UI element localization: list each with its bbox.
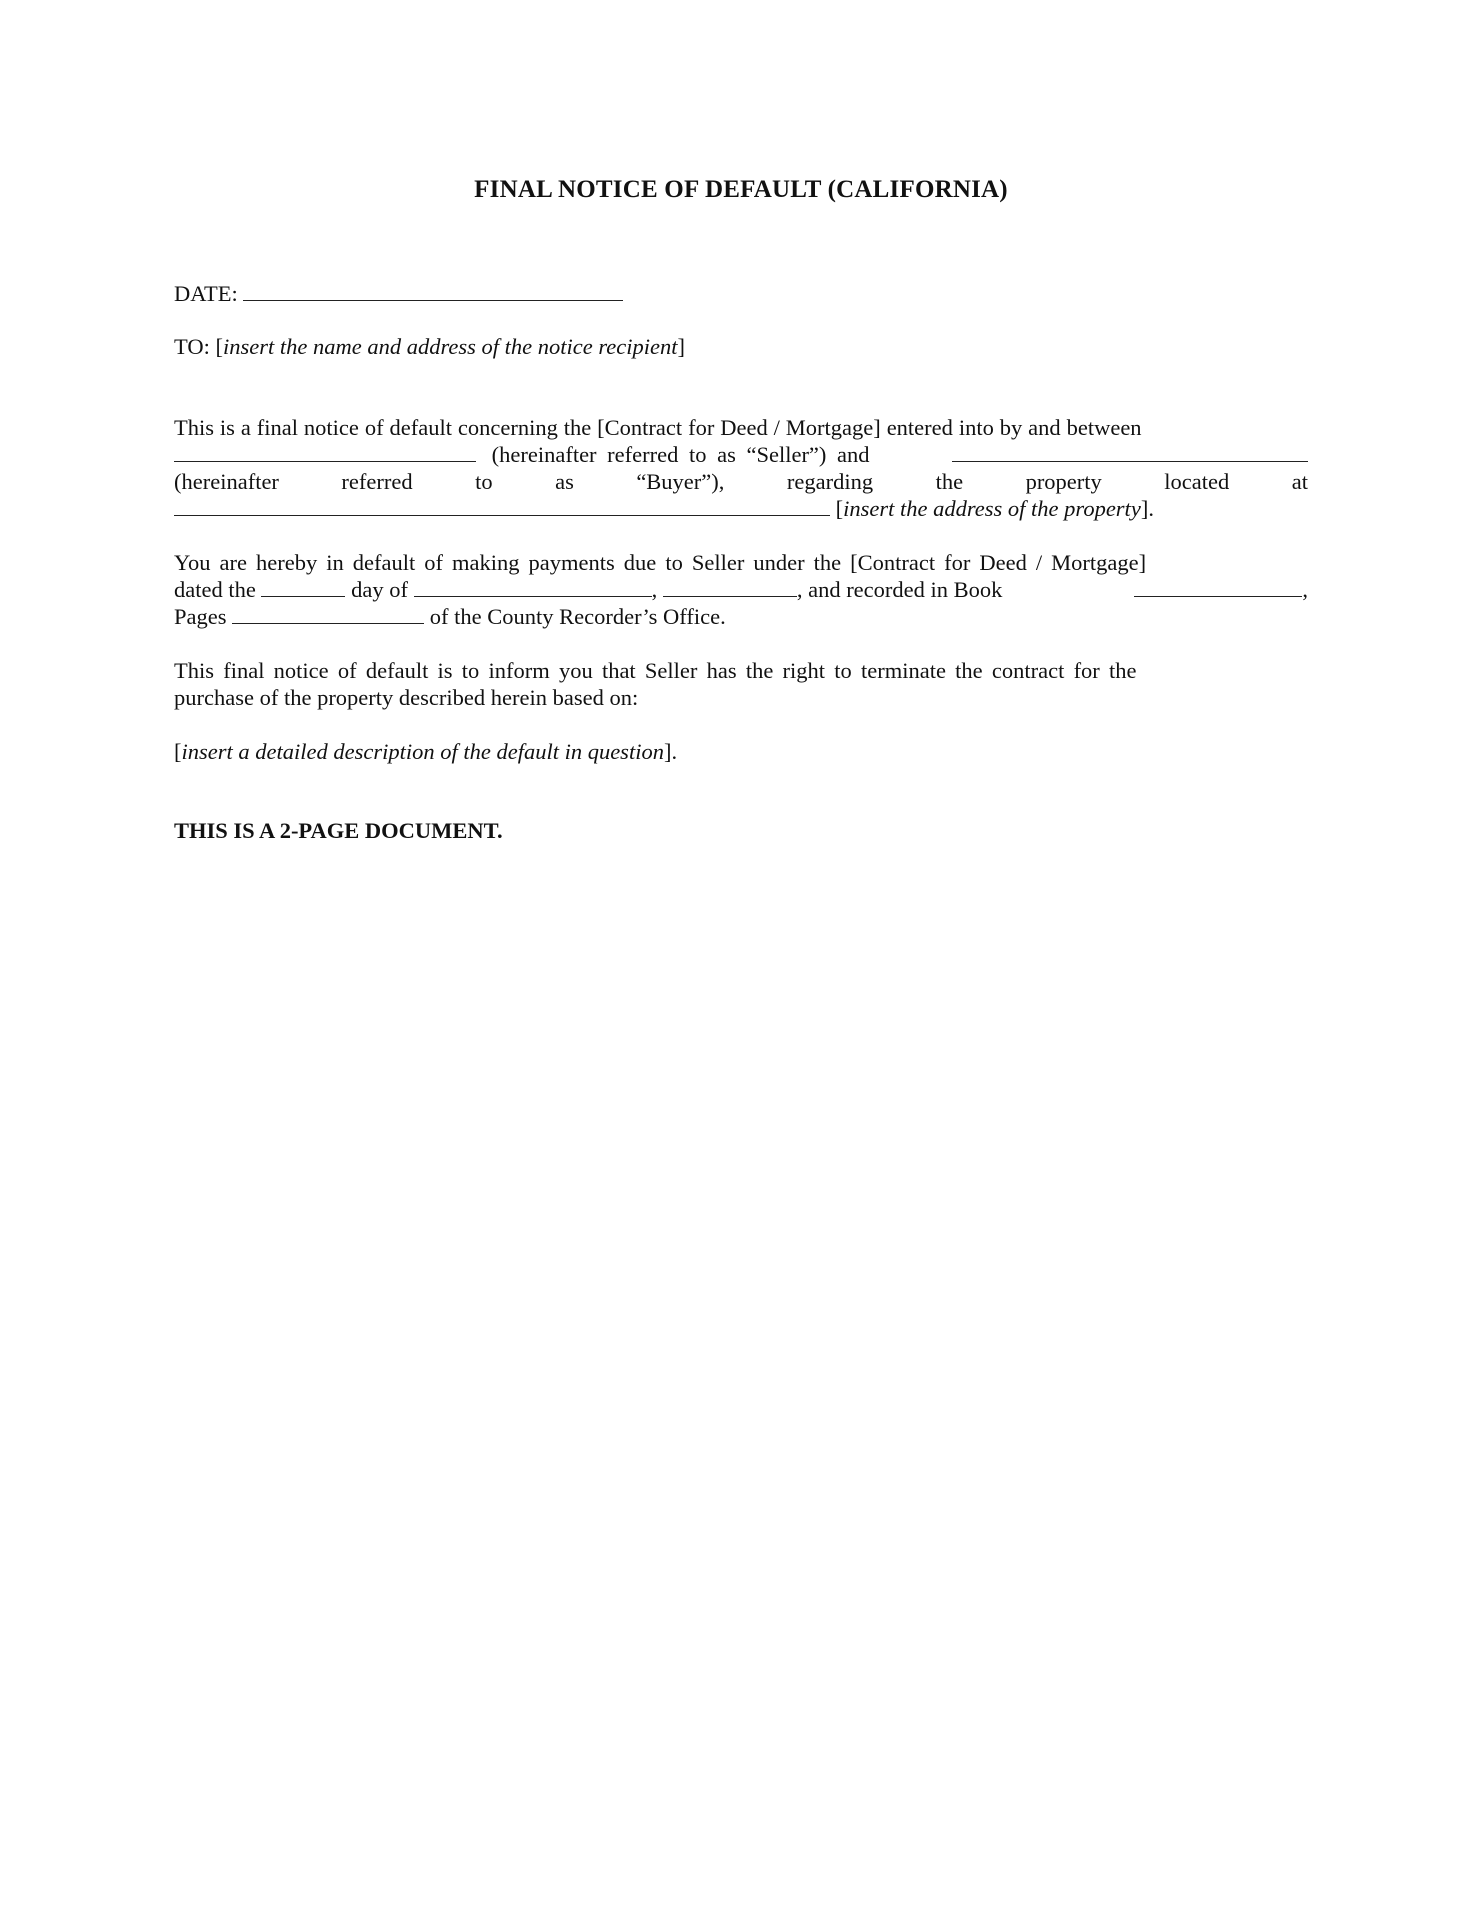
month-blank[interactable] (414, 576, 652, 597)
justified-word: regarding (787, 468, 873, 495)
default-placeholder: insert a detailed description of the def… (182, 739, 664, 764)
property-address-blank[interactable] (174, 495, 830, 516)
para1-text: This is a final notice of default concer… (174, 414, 1142, 441)
to-placeholder: insert the name and address of the notic… (223, 334, 678, 359)
para2-line3: Pages of the County Recorder’s Office. (174, 603, 726, 630)
para1-line3: (hereinafterreferredtoas“Buyer”),regardi… (174, 468, 1308, 495)
para1-line2: (hereinafter referred to as “Seller”) an… (174, 441, 1308, 468)
para2-text: You are hereby in default of making paym… (174, 550, 1146, 575)
justified-word: as (555, 468, 574, 495)
justified-word: property (1026, 468, 1102, 495)
justified-word: the (936, 468, 964, 495)
para1-line4: [insert the address of the property]. (174, 495, 1154, 522)
default-description-line: [insert a detailed description of the de… (174, 738, 677, 765)
seller-definition: (hereinafter referred to as “Seller”) an… (492, 442, 870, 467)
day-blank[interactable] (261, 576, 345, 597)
date-label: DATE: (174, 281, 238, 306)
document-title: FINAL NOTICE OF DEFAULT (CALIFORNIA) (174, 176, 1308, 204)
para3-text: This final notice of default is to infor… (174, 658, 1137, 683)
justified-word: (hereinafter (174, 468, 279, 495)
justified-word: referred (341, 468, 412, 495)
justified-word: located (1164, 468, 1229, 495)
justified-word: at (1292, 468, 1308, 495)
para2-line1: You are hereby in default of making paym… (174, 549, 1146, 576)
para2-line2: dated the day of , , and recorded in Boo… (174, 576, 1308, 603)
date-line: DATE: (174, 280, 623, 307)
justified-word: to (475, 468, 493, 495)
para3-line2: purchase of the property described herei… (174, 684, 638, 711)
para3-line1: This final notice of default is to infor… (174, 657, 1137, 684)
seller-name-blank[interactable] (174, 441, 476, 462)
year-blank[interactable] (663, 576, 797, 597)
buyer-name-blank[interactable] (952, 441, 1308, 462)
book-blank[interactable] (1134, 576, 1302, 597)
date-blank[interactable] (243, 280, 623, 301)
justified-word: “Buyer”), (636, 468, 724, 495)
para1-line1: This is a final notice of default concer… (174, 414, 1308, 441)
pages-blank[interactable] (232, 603, 424, 624)
to-label: TO: (174, 334, 210, 359)
to-line: TO: [insert the name and address of the … (174, 333, 685, 360)
page-count-notice: THIS IS A 2-PAGE DOCUMENT. (174, 817, 503, 844)
property-placeholder: insert the address of the property (843, 496, 1141, 521)
